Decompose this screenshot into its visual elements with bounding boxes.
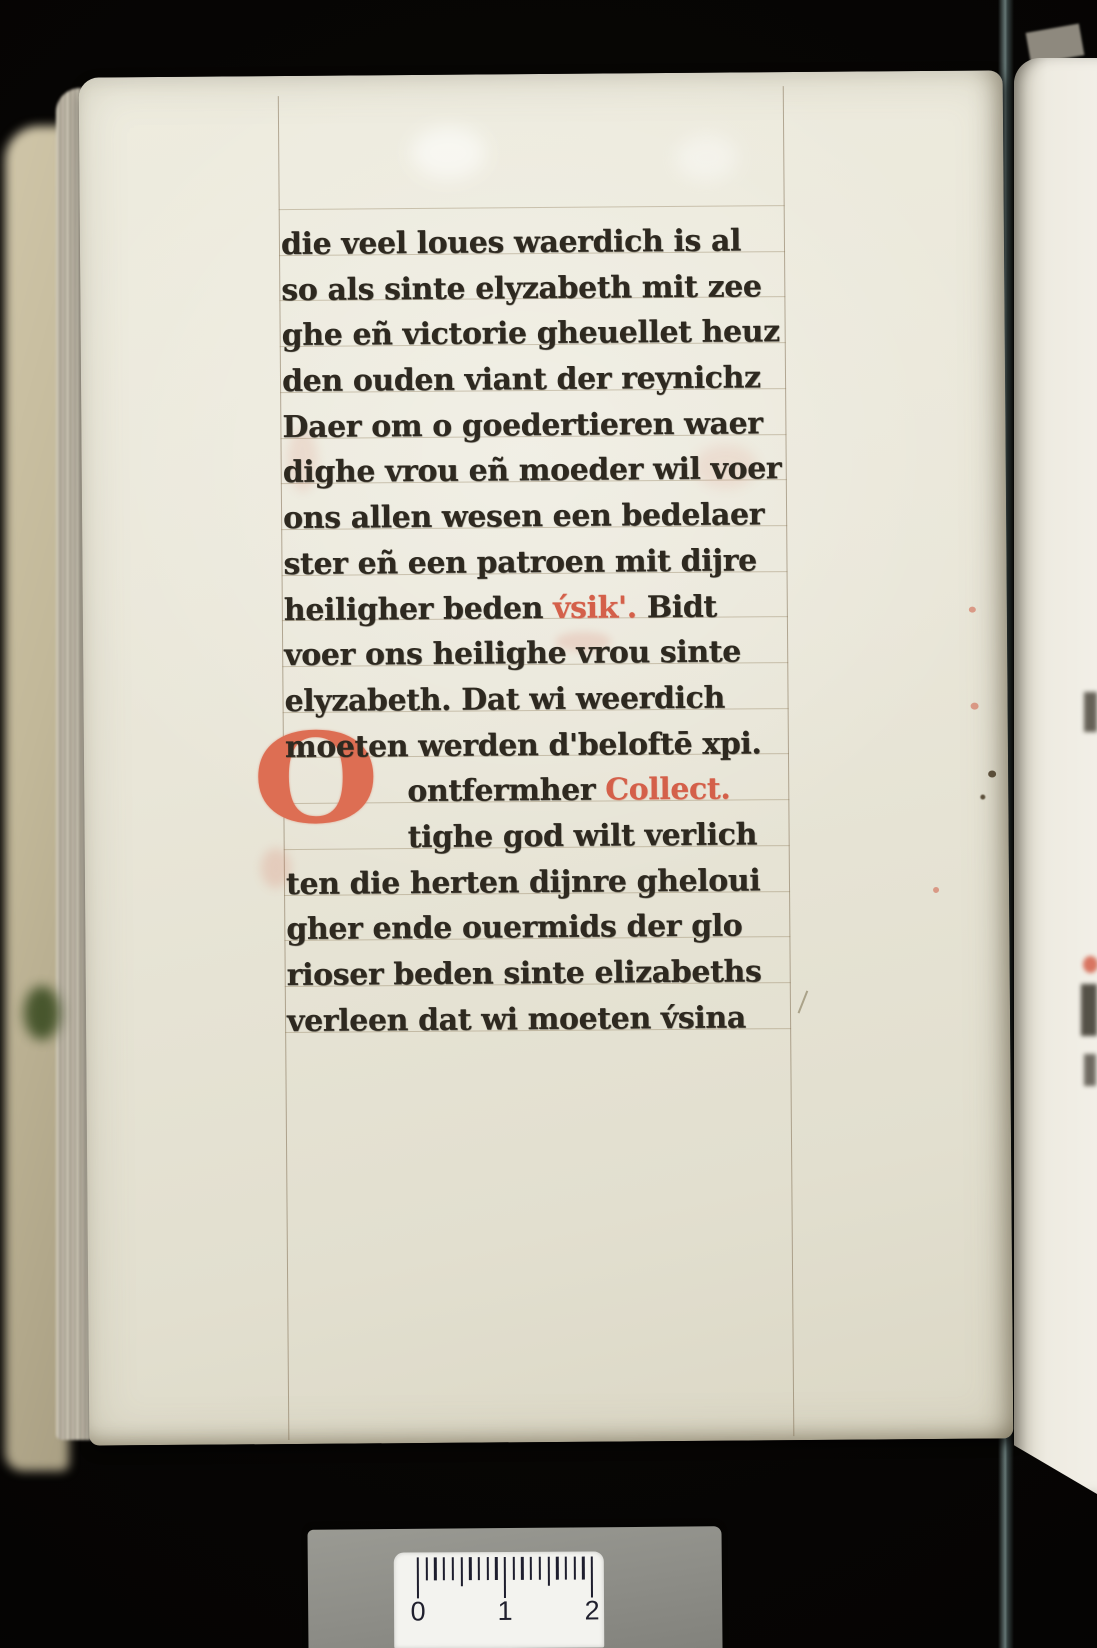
ruler-tick [556, 1557, 559, 1580]
ruler-tick [425, 1557, 428, 1580]
ruled-line [279, 205, 785, 210]
body-text: die veel loues waerdich is al [281, 223, 741, 262]
show-through-mark [1084, 692, 1097, 732]
manuscript-text-line: so als sinte elyzabeth mit zee [281, 264, 789, 314]
facing-page-edge [1014, 58, 1097, 1494]
ruler-tick [565, 1557, 568, 1580]
body-text: ontfermher [407, 773, 605, 810]
pen-flourish [798, 990, 809, 1013]
red-speck [969, 607, 976, 613]
body-text: den ouden viant der reynichz [282, 360, 761, 399]
ruler-tick [460, 1557, 463, 1586]
body-text: voer ons heilighe vrou sinte [284, 635, 741, 674]
ruler-tick [452, 1557, 455, 1580]
parchment-highlight [675, 134, 737, 180]
body-text: dighe vrou eñ moeder wil voer [283, 452, 782, 491]
manuscript-text-line: die veel loues waerdich is al [281, 218, 789, 268]
ruler-tick [547, 1557, 550, 1586]
ruler-tick [478, 1557, 481, 1580]
manuscript-text-line: ten die herten dijnre gheloui [286, 858, 794, 908]
body-text: verleen dat wi moeten v́sina [287, 1000, 746, 1039]
manuscript-text-line: heiligher beden v́sik'. Bidt [284, 584, 792, 634]
ruler-tick [521, 1557, 524, 1580]
ruler-tick [495, 1557, 498, 1580]
red-speck [971, 703, 979, 710]
green-bookmark-spot [24, 986, 60, 1040]
manuscript-text-line: Daer om o goedertieren waer [282, 401, 790, 451]
manuscript-text-block: die veel loues waerdich is also als sint… [281, 218, 795, 1044]
body-text: heiligher beden [284, 590, 553, 627]
ruler-tick [417, 1557, 420, 1598]
rubric-text: v́sik'. [553, 590, 637, 626]
ruler-tick [539, 1557, 542, 1580]
manuscript-text-line: rioser beden sinte elizabeths [287, 949, 795, 999]
body-text: gher ende ouermids der glo [286, 909, 742, 948]
body-text: elyzabeth. Dat wi weerdich [284, 680, 725, 718]
body-text: so als sinte elyzabeth mit zee [281, 269, 761, 308]
body-text: ghe eñ victorie gheuellet heuz [282, 315, 780, 354]
ruler-tick [434, 1557, 437, 1580]
body-text: ons allen wesen een bedelaer [283, 497, 764, 536]
ruler-label: 2 [579, 1595, 605, 1626]
manuscript-page: O die veel loues waerdich is also als si… [79, 70, 1014, 1445]
parchment-highlight [411, 126, 485, 179]
body-text: Daer om o goedertieren waer [282, 406, 762, 445]
manuscript-text-line: moeten werden d'beloftē xpi. [285, 721, 793, 771]
manuscript-text-line: ster eñ een patroen mit dijre [283, 538, 791, 588]
show-through-mark [1083, 956, 1097, 973]
manuscript-text-line: dighe vrou eñ moeder wil voer [283, 447, 791, 497]
show-through-mark [1081, 984, 1097, 1036]
manuscript-text-line: elyzabeth. Dat wi weerdich [284, 675, 792, 725]
body-text: ten die herten dijnre gheloui [286, 863, 761, 902]
manuscript-text-line: den ouden viant der reynichz [282, 355, 790, 405]
body-text: moeten werden d'beloftē xpi. [285, 726, 762, 765]
ruler-tick [530, 1557, 533, 1580]
ruler-tick [573, 1557, 576, 1580]
ruler-tick [504, 1557, 507, 1598]
ruler-tick [591, 1557, 594, 1598]
body-text: ster eñ een patroen mit dijre [283, 543, 757, 582]
manuscript-text-line: tighe god wilt verlich [407, 812, 793, 861]
red-speck [933, 887, 939, 893]
ink-fleck [980, 795, 985, 800]
manuscript-text-line: verleen dat wi moeten v́sina [287, 995, 795, 1045]
ruler-tick [486, 1557, 489, 1580]
body-text: Bidt [637, 589, 717, 625]
ruler-tick [443, 1557, 446, 1580]
manuscript-text-line: ontfermher Collect. [407, 766, 793, 815]
manuscript-text-line: ghe eñ victorie gheuellet heuz [282, 309, 790, 359]
rubric-text: Collect. [605, 772, 730, 808]
scale-ruler: 012 [394, 1551, 604, 1648]
show-through-mark [1084, 1054, 1096, 1086]
body-text: rioser beden sinte elizabeths [287, 954, 762, 993]
body-text: tighe god wilt verlich [407, 817, 757, 855]
manuscript-text-line: voer ons heilighe vrou sinte [284, 629, 792, 679]
ink-fleck [988, 770, 996, 777]
ruler-tick [512, 1557, 515, 1580]
ruler-tick [469, 1557, 472, 1580]
manuscript-text-line: ons allen wesen een bedelaer [283, 492, 791, 542]
manuscript-text-line: gher ende ouermids der glo [286, 903, 794, 953]
ruler-label: 0 [405, 1596, 431, 1627]
ruler-tick [582, 1557, 585, 1580]
ruler-label: 1 [492, 1596, 518, 1627]
